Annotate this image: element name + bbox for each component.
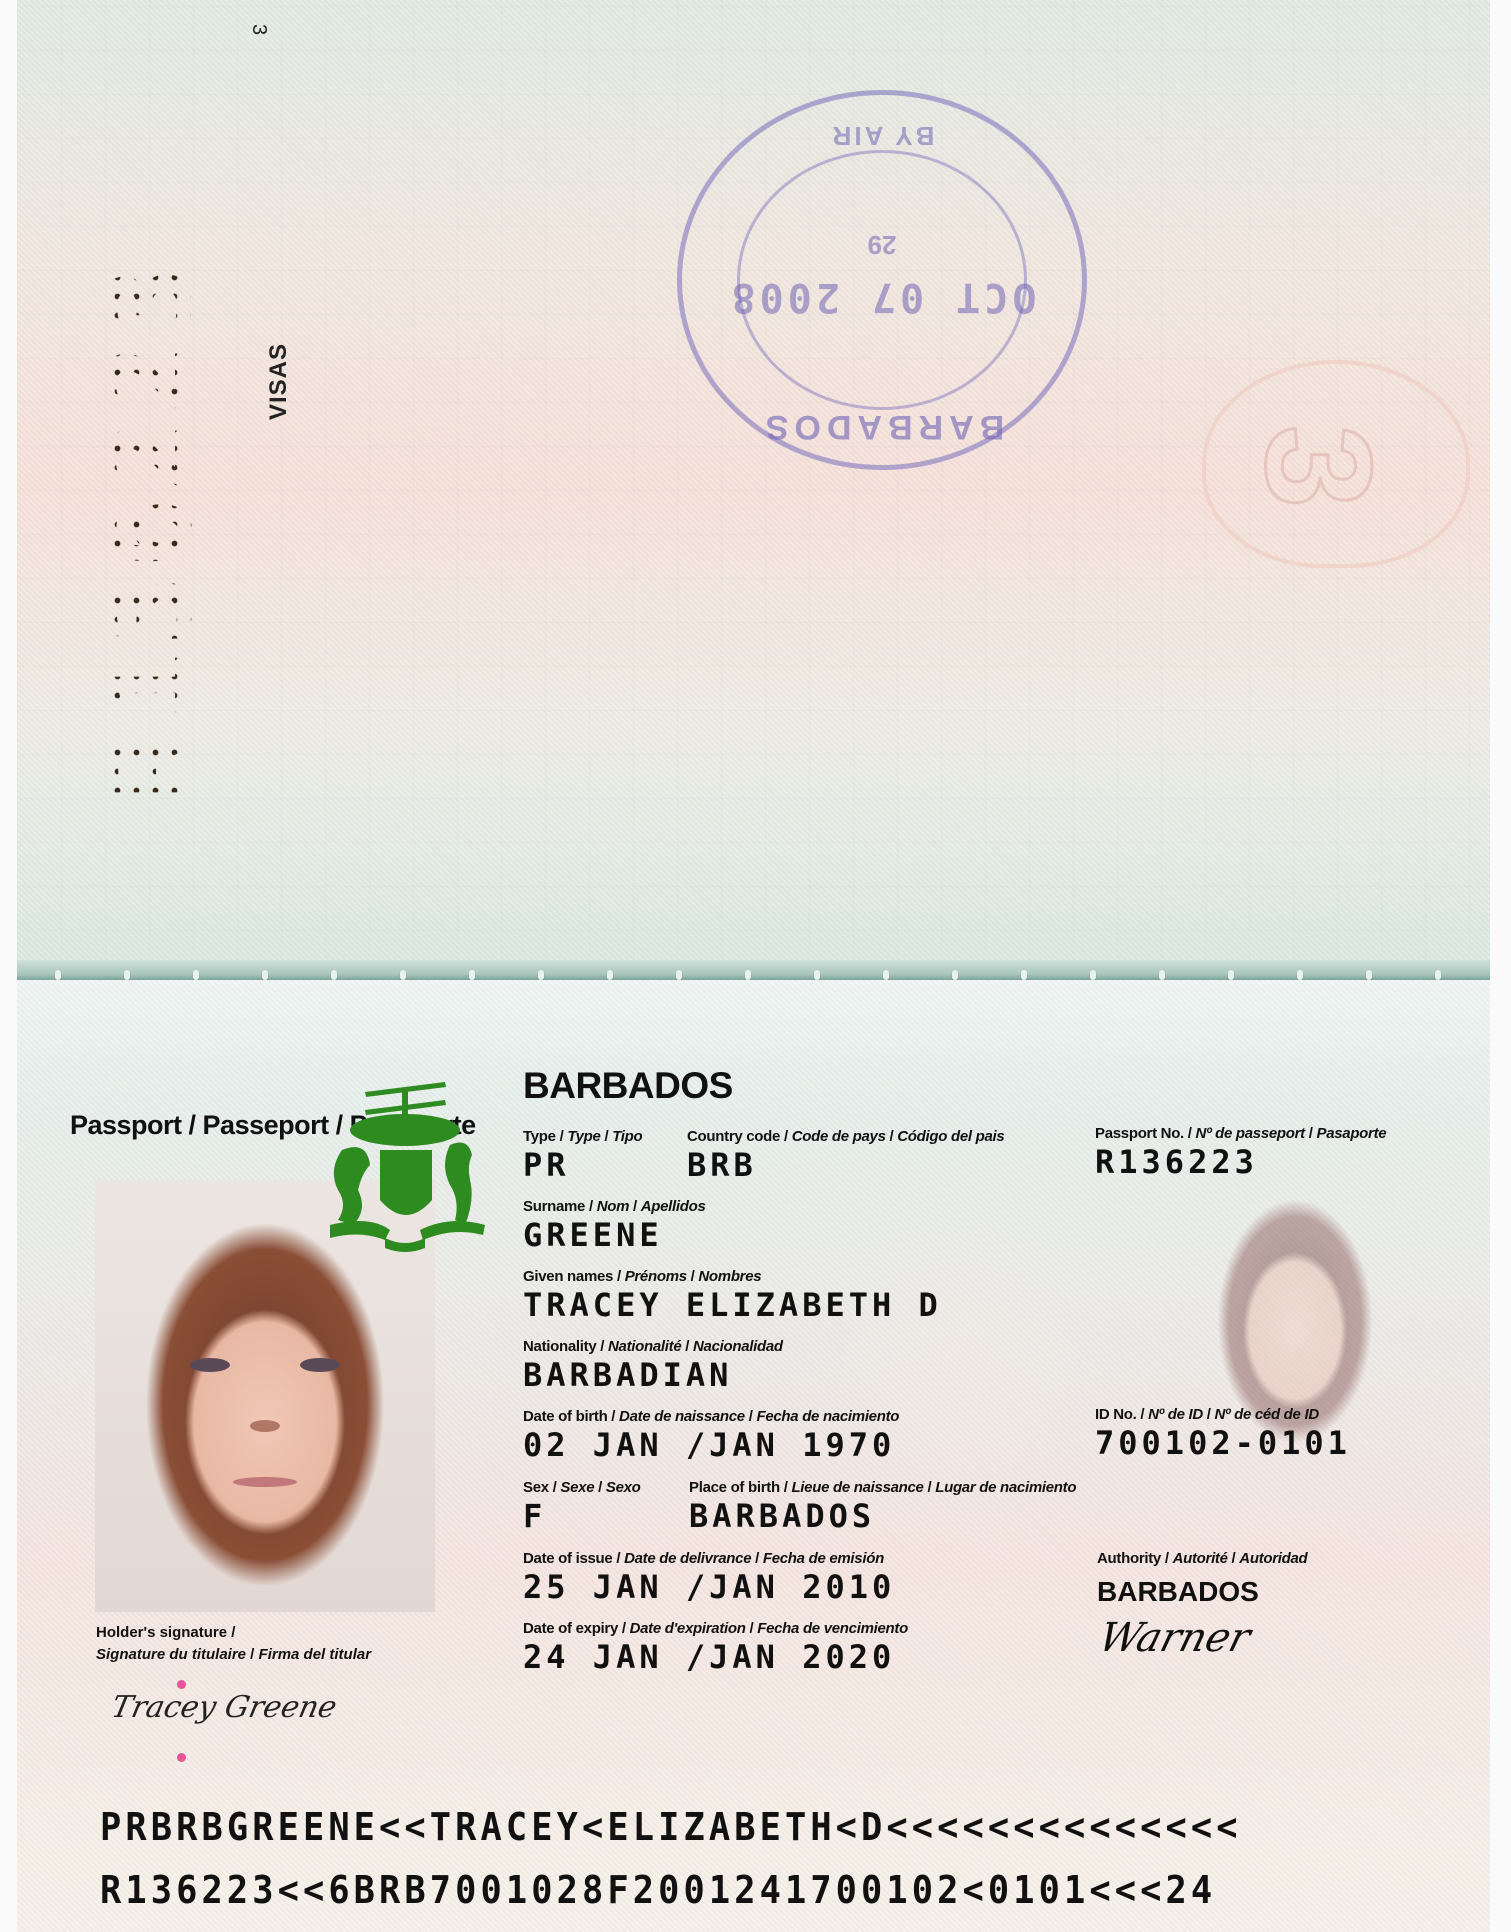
holder-signature-label: Holder's signature / Signature du titula… — [96, 1622, 371, 1666]
stamp-date: OCT 07 2008 — [677, 274, 1087, 320]
stitch — [1366, 970, 1372, 980]
stitch — [745, 970, 751, 980]
stitch — [1435, 970, 1441, 980]
stitch — [400, 970, 406, 980]
stitch — [124, 970, 130, 980]
stitch — [952, 970, 958, 980]
watermark-number: 3 — [1232, 425, 1405, 508]
photo-mouth — [233, 1477, 297, 1487]
date-of-expiry-value: 24 JAN /JAN 2020 — [523, 1638, 895, 1676]
dob-value: 02 JAN /JAN 1970 — [523, 1426, 895, 1464]
date-of-expiry-label: Date of expiry / Date d'expiration / Fec… — [523, 1620, 908, 1637]
visas-section-label: VISAS — [265, 343, 293, 420]
stamp-country: BARBADOS — [677, 407, 1087, 446]
stitch — [1090, 970, 1096, 980]
type-value: PR — [523, 1146, 570, 1184]
stitch — [538, 970, 544, 980]
surname-value: GREENE — [523, 1216, 663, 1254]
dob-label: Date of birth / Date de naissance / Fech… — [523, 1408, 899, 1425]
page-fold — [17, 960, 1490, 980]
stitch — [331, 970, 337, 980]
entry-stamp: BARBADOS OCT 07 2008 29 BY AIR — [677, 90, 1087, 470]
authority-signature: Warner — [1094, 1615, 1255, 1661]
coat-of-arms-icon — [320, 1080, 490, 1255]
id-no-label: ID No. / Nº de ID / Nº de céd de ID — [1095, 1406, 1319, 1423]
issuing-country: BARBADOS — [523, 1065, 733, 1107]
place-of-birth-value: BARBADOS — [689, 1497, 875, 1535]
security-fiber-dot — [177, 1680, 186, 1689]
photo-eye-left — [190, 1358, 230, 1372]
stitch — [55, 970, 61, 980]
id-no-value: 700102-0101 — [1095, 1424, 1351, 1462]
country-code-label: Country code / Code de pays / Código del… — [687, 1128, 1004, 1145]
stitch — [814, 970, 820, 980]
place-of-birth-label: Place of birth / Lieue de naissance / Lu… — [689, 1479, 1076, 1496]
photo-nose — [250, 1420, 280, 1432]
stamp-code: 29 — [677, 229, 1087, 260]
authority-label: Authority / Autorité / Autoridad — [1097, 1550, 1307, 1567]
stitch — [1228, 970, 1234, 980]
stitch — [262, 970, 268, 980]
page-number: 3 — [247, 24, 270, 35]
security-fiber-dot — [177, 1753, 186, 1762]
given-names-value: TRACEY ELIZABETH D — [523, 1286, 942, 1324]
photo-eye-right — [300, 1358, 340, 1372]
stamp-mode: BY AIR — [677, 120, 1087, 151]
nationality-value: BARBADIAN — [523, 1356, 732, 1394]
country-code-value: BRB — [687, 1146, 757, 1184]
perforated-passport-number: R136223 — [89, 120, 209, 800]
mrz-line-2: R136223<<6BRB7001028F2001241700102<0101<… — [100, 1868, 1216, 1912]
date-of-issue-value: 25 JAN /JAN 2010 — [523, 1568, 895, 1606]
sex-label: Sex / Sexe / Sexo — [523, 1479, 641, 1496]
stitch — [1021, 970, 1027, 980]
stitch — [607, 970, 613, 980]
holder-signature: Tracey Greene — [108, 1690, 340, 1725]
passport-no-label: Passport No. / Nº de passeport / Pasapor… — [1095, 1125, 1386, 1142]
stitch — [1297, 970, 1303, 980]
nationality-label: Nationality / Nationalité / Nacionalidad — [523, 1338, 783, 1355]
stitch — [676, 970, 682, 980]
date-of-issue-label: Date of issue / Date de delivrance / Fec… — [523, 1550, 884, 1567]
mrz-line-1: PRBRBGREENE<<TRACEY<ELIZABETH<D<<<<<<<<<… — [100, 1805, 1242, 1849]
authority-value: BARBADOS — [1097, 1576, 1259, 1608]
stitch — [469, 970, 475, 980]
stitch — [193, 970, 199, 980]
visa-page: 3 R136223 VISAS BARBADOS OCT 07 2008 29 … — [17, 0, 1490, 975]
given-names-label: Given names / Prénoms / Nombres — [523, 1268, 761, 1285]
type-label: Type / Type / Tipo — [523, 1128, 642, 1145]
sex-value: F — [523, 1497, 546, 1535]
stitch — [1159, 970, 1165, 980]
stitch — [883, 970, 889, 980]
surname-label: Surname / Nom / Apellidos — [523, 1198, 706, 1215]
